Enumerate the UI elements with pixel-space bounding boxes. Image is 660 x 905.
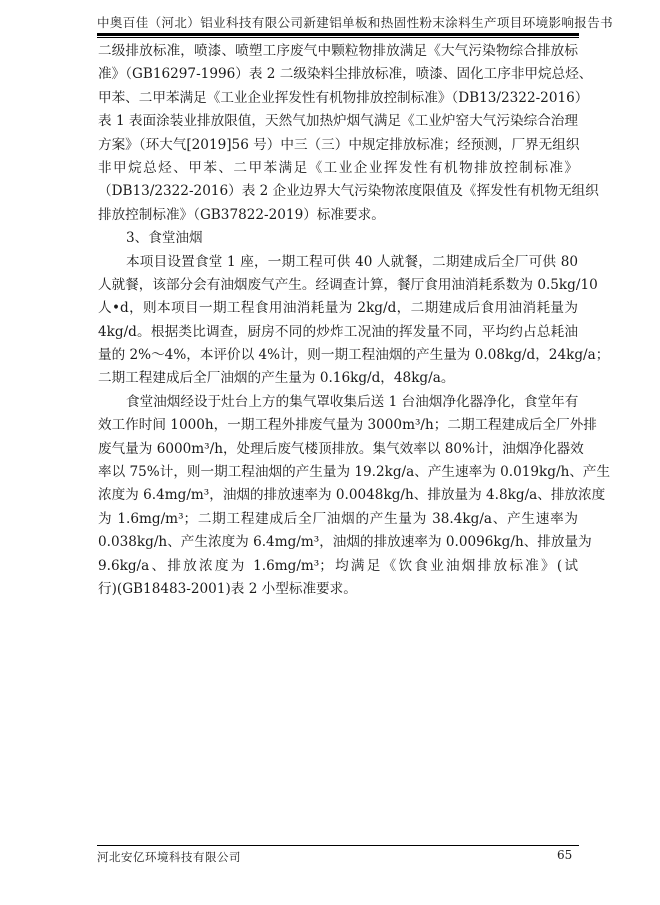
text-line: 量的 2%～4%，本评价以 4%计，则一期工程油烟的产生量为 0.08kg/d，… xyxy=(98,344,578,367)
header-rule-thin xyxy=(97,37,579,38)
text-line: 方案》（环大气[2019]56 号）中三（三）中规定排放标准；经预测，厂界无组织 xyxy=(98,134,578,157)
text-line: 准》（GB16297-1996）表 2 二级染料尘排放标准，喷漆、固化工序非甲烷… xyxy=(98,63,578,86)
text-line: 效工作时间 1000h，一期工程外排废气量为 3000m³/h；二期工程建成后全… xyxy=(98,414,578,437)
text-line: 人•d，则本项目一期工程食用油消耗量为 2kg/d，二期建成后食用油消耗量为 xyxy=(98,297,578,320)
text-line: 行)(GB18483-2001)表 2 小型标准要求。 xyxy=(98,578,578,601)
text-line: 表 1 表面涂装业排放限值，天然气加热炉烟气满足《工业炉窑大气污染综合治理 xyxy=(98,110,578,133)
page-number: 65 xyxy=(557,848,572,862)
header-rule xyxy=(97,33,579,36)
text-line: （DB13/2322-2016）表 2 企业边界大气污染物浓度限值及《挥发性有机… xyxy=(98,180,578,203)
document-body: 二级排放标准，喷漆、喷塑工序废气中颗粒物排放满足《大气污染物综合排放标 准》（G… xyxy=(98,40,578,601)
text-line: 率以 75%计，则一期工程油烟的产生量为 19.2kg/a、产生速率为 0.01… xyxy=(98,461,578,484)
footer-rule xyxy=(97,845,579,846)
text-line: 二级排放标准，喷漆、喷塑工序废气中颗粒物排放满足《大气污染物综合排放标 xyxy=(98,40,578,63)
text-line: 二期工程建成后全厂油烟的产生量为 0.16kg/d，48kg/a。 xyxy=(98,367,578,390)
text-line: 9.6kg/a、排放浓度为 1.6mg/m³；均满足《饮食业油烟排放标准》(试 xyxy=(98,555,578,578)
header-title: 中奥百佳（河北）铝业科技有限公司新建铝单板和热固性粉末涂料生产项目环境影响报告书 xyxy=(97,13,577,31)
text-line: 非甲烷总烃、甲苯、二甲苯满足《工业企业挥发性有机物排放控制标准》 xyxy=(98,157,578,180)
text-line: 人就餐，该部分会有油烟废气产生。经调查计算，餐厅食用油消耗系数为 0.5kg/1… xyxy=(98,274,578,297)
text-line: 0.038kg/h、产生浓度为 6.4mg/m³，油烟的排放速率为 0.0096… xyxy=(98,531,578,554)
footer-company: 河北安亿环境科技有限公司 xyxy=(97,849,241,865)
text-line: 甲苯、二甲苯满足《工业企业挥发性有机物排放控制标准》（DB13/2322-201… xyxy=(98,87,578,110)
text-line: 浓度为 6.4mg/m³，油烟的排放速率为 0.0048kg/h、排放量为 4.… xyxy=(98,484,578,507)
section-heading: 3、食堂油烟 xyxy=(98,227,578,250)
text-line: 废气量为 6000m³/h，处理后废气楼顶排放。集气效率以 80%计，油烟净化器… xyxy=(98,438,578,461)
text-line: 为 1.6mg/m³；二期工程建成后全厂油烟的产生量为 38.4kg/a、产生速… xyxy=(98,508,578,531)
paragraph-first-line: 食堂油烟经设于灶台上方的集气罩收集后送 1 台油烟净化器净化，食堂年有 xyxy=(98,391,578,414)
text-line: 4kg/d。根据类比调查，厨房不同的炒炸工况油的挥发量不同，平均约占总耗油 xyxy=(98,321,578,344)
paragraph-first-line: 本项目设置食堂 1 座，一期工程可供 40 人就餐，二期建成后全厂可供 80 xyxy=(98,251,578,274)
text-line: 排放控制标准》（GB37822-2019）标准要求。 xyxy=(98,204,578,227)
